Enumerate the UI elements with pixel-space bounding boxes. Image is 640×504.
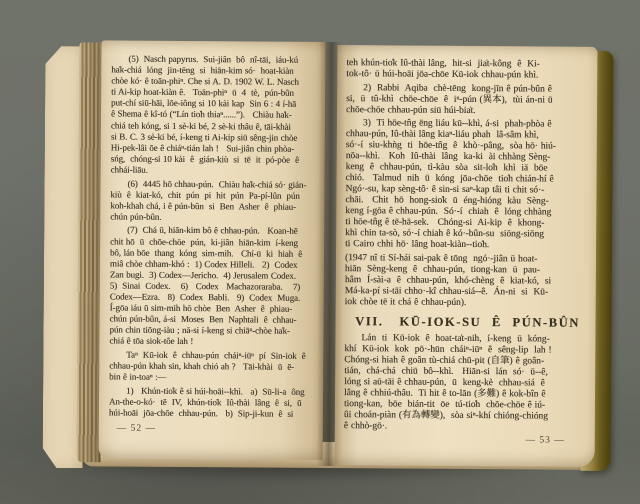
text-line: bin ê in-toaⁿ :— xyxy=(109,372,321,385)
right-page-number: — 53 — xyxy=(525,435,564,445)
text-line: chōe-chōe chhau-pún siū húi-bia̍t. xyxy=(346,105,592,118)
text-line: chiá ê tōa siok-tôe lah ! xyxy=(109,336,321,349)
text-line: ê chhò-gō·. xyxy=(344,421,590,434)
text-line: iok chòe tē it chá ê chhau-pún). xyxy=(345,297,591,310)
text-line: tok-tô· ū húi-hoāi jōa-chōe Kū-iok chhau… xyxy=(346,69,592,82)
text-line: chhái-liāu. xyxy=(111,164,323,177)
text-line: ti Cairo chhi hō· lâng hoat-kiàn--tio̍h. xyxy=(345,239,591,252)
text-line: ê Shema ê kî-tó (“Lín tio̍h thiaⁿ......”… xyxy=(111,109,323,122)
right-page-text: teh khún-tio̍k Iû-thài lâng, hit-si jia̍… xyxy=(344,58,593,433)
right-page: teh khún-tio̍k Iû-thài lâng, hit-si jia̍… xyxy=(335,45,598,467)
text-line: húi-hoāi jōa-chōe chhau-pún. b) Sip-ji-k… xyxy=(109,407,321,420)
text-line: VII. KŪ-IOK-SU Ê PÚN-BÛN xyxy=(345,314,591,331)
text-line: chún pún-bûn. xyxy=(110,211,322,224)
left-page: (5) Nasch papyrus. Sui-jiân bô nî-tāi, i… xyxy=(99,40,326,460)
text-line: chit hō ū chōe-chōe pún, ki-jiân hiān-ki… xyxy=(110,236,322,249)
left-page-number: — 52 — xyxy=(117,424,156,434)
open-book: (5) Nasch papyrus. Sui-jiân bô nî-tāi, i… xyxy=(43,40,614,474)
left-page-text: (5) Nasch papyrus. Sui-jiân bô nî-tāi, i… xyxy=(109,53,324,419)
photo-background: (5) Nasch papyrus. Sui-jiân bô nî-tāi, i… xyxy=(0,0,640,504)
text-line: (7) Chá ū, hiān-kim bô ê chhau-pún. Koan… xyxy=(110,225,322,238)
